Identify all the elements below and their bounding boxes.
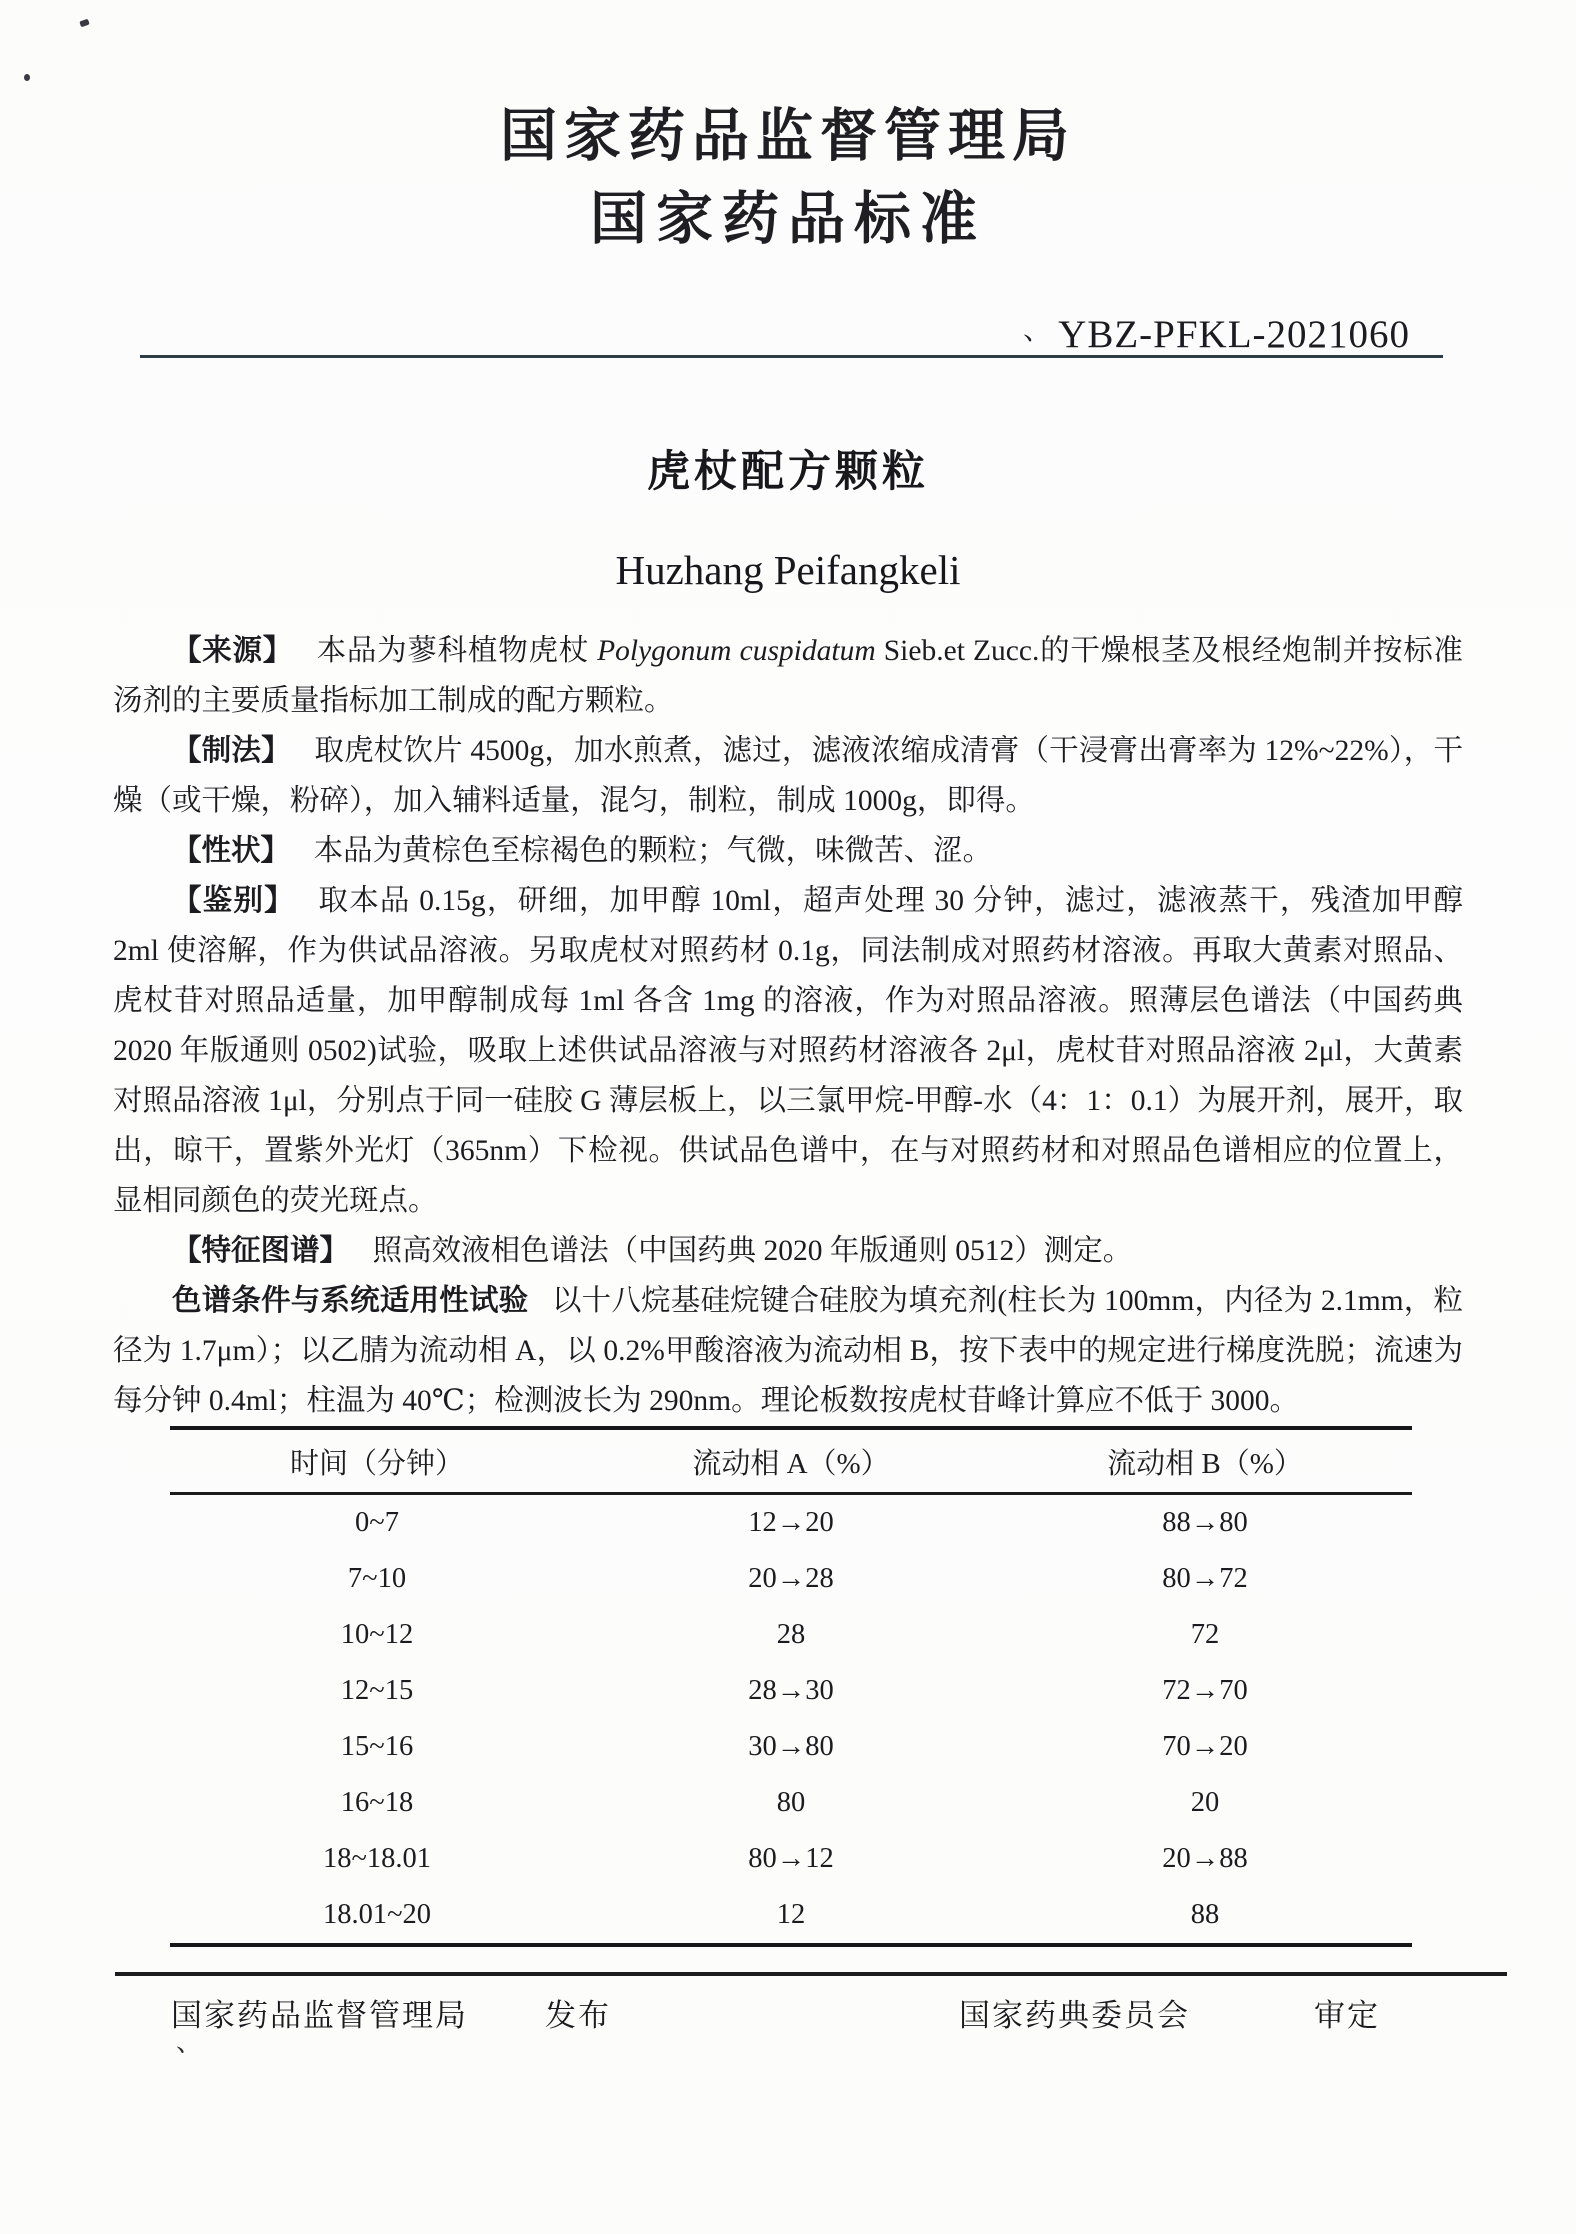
footer-review-label: 审定 [1314, 1990, 1380, 2035]
table-cell: 18~18.01 [170, 1831, 584, 1887]
table-header-cell: 流动相 B（%） [998, 1428, 1412, 1494]
footer-publish-label: 发布 [545, 1990, 611, 2035]
paragraph-source: 【来源】本品为蓼科植物虎杖 Polygonum cuspidatum Sieb.… [113, 626, 1463, 726]
table-cell: 88→80 [998, 1494, 1412, 1552]
paragraph-text: 照高效液相色谱法（中国药典 2020 年版通则 0512）测定。 [373, 1235, 1133, 1267]
table-cell: 20→88 [998, 1831, 1412, 1887]
latin-name-author: Sieb.et Zucc. [876, 635, 1040, 667]
section-label-profile: 【特征图谱】 [172, 1234, 349, 1267]
section-label-conditions: 色谱条件与系统适用性试验 [172, 1284, 528, 1317]
table-cell: 80 [584, 1775, 998, 1831]
table-header: 时间（分钟）流动相 A（%）流动相 B（%） [170, 1428, 1412, 1494]
masthead-standard: 国家药品标准 [0, 178, 1576, 260]
table-cell: 80→72 [998, 1551, 1412, 1607]
footer-publisher: 国家药品监督管理局 [171, 1990, 468, 2035]
table-cell: 80→12 [584, 1831, 998, 1887]
section-label-method: 【制法】 [172, 734, 291, 767]
table-cell: 15~16 [170, 1719, 584, 1775]
doc-code-value: YBZ-PFKL-2021060 [1058, 313, 1410, 356]
paragraph-text: 本品为黄棕色至棕褐色的颗粒；气微，味微苦、涩。 [314, 835, 993, 867]
table-header-cell: 时间（分钟） [170, 1428, 584, 1494]
table-cell: 20 [998, 1775, 1412, 1831]
paragraph-text: 取本品 0.15g，研细，加甲醇 10ml，超声处理 30 分钟，滤过，滤液蒸干… [113, 885, 1463, 1217]
table-row: 0~712→2088→80 [170, 1494, 1412, 1552]
table-cell: 88 [998, 1887, 1412, 1945]
body-text: 【来源】本品为蓼科植物虎杖 Polygonum cuspidatum Sieb.… [113, 626, 1463, 1426]
table-header-row: 时间（分钟）流动相 A（%）流动相 B（%） [170, 1428, 1412, 1494]
table-cell: 28 [584, 1607, 998, 1663]
table-row: 15~1630→8070→20 [170, 1719, 1412, 1775]
paragraph-text: 本品为蓼科植物虎杖 [317, 635, 597, 667]
footer-committee: 国家药典委员会 [959, 1990, 1190, 2035]
table-cell: 7~10 [170, 1551, 584, 1607]
paragraph-identification: 【鉴别】取本品 0.15g，研细，加甲醇 10ml，超声处理 30 分钟，滤过，… [113, 876, 1463, 1226]
section-label-character: 【性状】 [172, 834, 290, 867]
paragraph-text: 取虎杖饮片 4500g，加水煎煮，滤过，滤液浓缩成清膏（干浸膏出膏率为 12%~… [113, 735, 1463, 817]
paragraph-character: 【性状】本品为黄棕色至棕褐色的颗粒；气微，味微苦、涩。 [113, 826, 1463, 876]
table-cell: 12 [584, 1887, 998, 1945]
header-divider-rule [140, 355, 1443, 358]
table-header-cell: 流动相 A（%） [584, 1428, 998, 1494]
table-cell: 28→30 [584, 1663, 998, 1719]
table-body: 0~712→2088→807~1020→2880→7210~12287212~1… [170, 1494, 1412, 1946]
scan-speck [24, 74, 30, 81]
table-cell: 18.01~20 [170, 1887, 584, 1945]
gradient-elution-table: 时间（分钟）流动相 A（%）流动相 B（%） 0~712→2088→807~10… [170, 1426, 1412, 1947]
paragraph-profile: 【特征图谱】照高效液相色谱法（中国药典 2020 年版通则 0512）测定。 [113, 1226, 1463, 1276]
table-cell: 72→70 [998, 1663, 1412, 1719]
latin-name-italic: Polygonum cuspidatum [597, 635, 876, 667]
scan-stray-mark: 、 [176, 2022, 202, 2059]
table-cell: 0~7 [170, 1494, 584, 1552]
table-cell: 70→20 [998, 1719, 1412, 1775]
table-cell: 10~12 [170, 1607, 584, 1663]
drug-title-cn: 虎杖配方颗粒 [0, 438, 1576, 499]
handwritten-tick-mark: 、 [1023, 315, 1052, 346]
table-row: 10~122872 [170, 1607, 1412, 1663]
table-row: 18.01~201288 [170, 1887, 1412, 1945]
paragraph-conditions: 色谱条件与系统适用性试验以十八烷基硅烷键合硅胶为填充剂(柱长为 100mm，内径… [113, 1276, 1463, 1426]
table-row: 7~1020→2880→72 [170, 1551, 1412, 1607]
table-cell: 12~15 [170, 1663, 584, 1719]
masthead: 国家药品监督管理局 国家药品标准 [0, 94, 1576, 260]
scan-speck [79, 19, 90, 28]
table-cell: 72 [998, 1607, 1412, 1663]
table-row: 18~18.0180→1220→88 [170, 1831, 1412, 1887]
footer-divider-rule [115, 1972, 1507, 1976]
paragraph-method: 【制法】取虎杖饮片 4500g，加水煎煮，滤过，滤液浓缩成清膏（干浸膏出膏率为 … [113, 726, 1463, 826]
drug-title-pinyin: Huzhang Peifangkeli [0, 546, 1576, 594]
doc-code: 、YBZ-PFKL-2021060 [1023, 308, 1410, 357]
table-cell: 12→20 [584, 1494, 998, 1552]
masthead-agency: 国家药品监督管理局 [0, 94, 1576, 178]
table-row: 12~1528→3072→70 [170, 1663, 1412, 1719]
table-cell: 30→80 [584, 1719, 998, 1775]
document-page: 国家药品监督管理局 国家药品标准 、YBZ-PFKL-2021060 虎杖配方颗… [0, 0, 1576, 2234]
section-label-source: 【来源】 [172, 634, 293, 667]
table-row: 16~188020 [170, 1775, 1412, 1831]
section-label-identification: 【鉴别】 [172, 884, 295, 917]
table-cell: 16~18 [170, 1775, 584, 1831]
table-cell: 20→28 [584, 1551, 998, 1607]
